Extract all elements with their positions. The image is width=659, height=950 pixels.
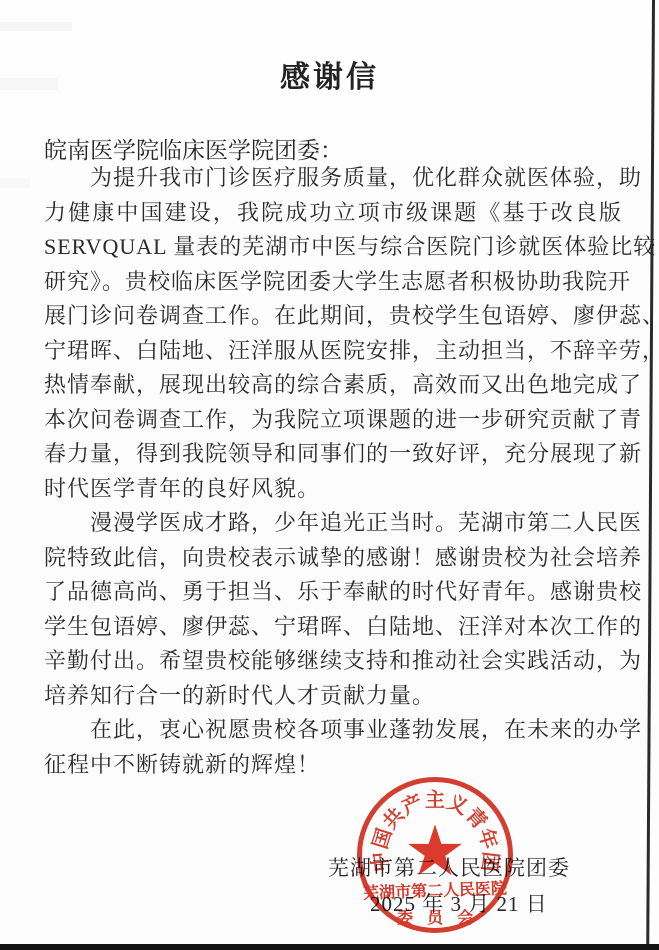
body-line: 春力量，得到我院领导和同事们的一致好评，充分展现了新 bbox=[44, 437, 622, 472]
scan-smudge bbox=[0, 22, 72, 31]
body-line: 研究》。贵校临床医学院团委大学生志愿者积极协助我院开 bbox=[44, 265, 622, 300]
official-seal: 中国共产主义青年团 ★ 芜湖市第二人民医院 委员会 bbox=[357, 777, 513, 933]
star-icon: ★ bbox=[404, 816, 467, 886]
body-line: 漫漫学医成才路，少年追光正当时。芜湖市第二人民医 bbox=[44, 506, 622, 541]
body-line: 力健康中国建设，我院成功立项市级课题《基于改良版 bbox=[44, 196, 622, 231]
scan-smudge bbox=[0, 178, 30, 188]
body-line: 为提升我市门诊医疗服务质量，优化群众就医体验，助 bbox=[44, 161, 622, 196]
body-line: 学生包语婷、廖伊蕊、宁珺晖、白陆地、汪洋对本次工作的 bbox=[44, 610, 622, 645]
body-line: 展门诊问卷调查工作。在此期间，贵校学生包语婷、廖伊蕊、 bbox=[44, 299, 622, 334]
body-line: 宁珺晖、白陆地、汪洋服从医院安排，主动担当，不辞辛劳， bbox=[44, 334, 622, 369]
body-line: 在此，衷心祝愿贵校各项事业蓬勃发展，在未来的办学 bbox=[44, 713, 622, 748]
letter-body: 为提升我市门诊医疗服务质量，优化群众就医体验，助 力健康中国建设，我院成功立项市… bbox=[44, 161, 622, 782]
body-line: 培养知行合一的新时代人才贡献力量。 bbox=[44, 679, 622, 714]
seal-org-text: 芜湖市第二人民医院 bbox=[362, 875, 509, 903]
body-line: 院特致此信，向贵校表示诚挚的感谢！感谢贵校为社会培养 bbox=[44, 541, 622, 576]
scan-edge-line-right bbox=[646, 0, 655, 946]
seal-bottom-text: 委员会 bbox=[362, 905, 508, 928]
body-line: 本次问卷调查工作，为我院立项课题的进一步研究贡献了青 bbox=[44, 403, 622, 438]
body-line: 辛勤付出。希望贵校能够继续支持和推动社会实践活动，为 bbox=[44, 644, 622, 679]
letter-title: 感谢信 bbox=[0, 52, 659, 96]
body-line: 热情奉献，展现出较高的综合素质，高效而又出色地完成了 bbox=[44, 368, 622, 403]
letter-page: 感谢信 皖南医学院临床医学院团委： 为提升我市门诊医疗服务质量，优化群众就医体验… bbox=[0, 0, 659, 950]
scan-edge-line-bottom bbox=[0, 944, 659, 950]
body-line: 时代医学青年的良好风貌。 bbox=[44, 472, 622, 507]
body-line: SERVQUAL 量表的芜湖市中医与综合医院门诊就医体验比较 bbox=[44, 230, 622, 265]
body-line: 征程中不断铸就新的辉煌！ bbox=[44, 748, 622, 783]
body-line: 了品德高尚、勇于担当、乐于奉献的时代好青年。感谢贵校 bbox=[44, 575, 622, 610]
